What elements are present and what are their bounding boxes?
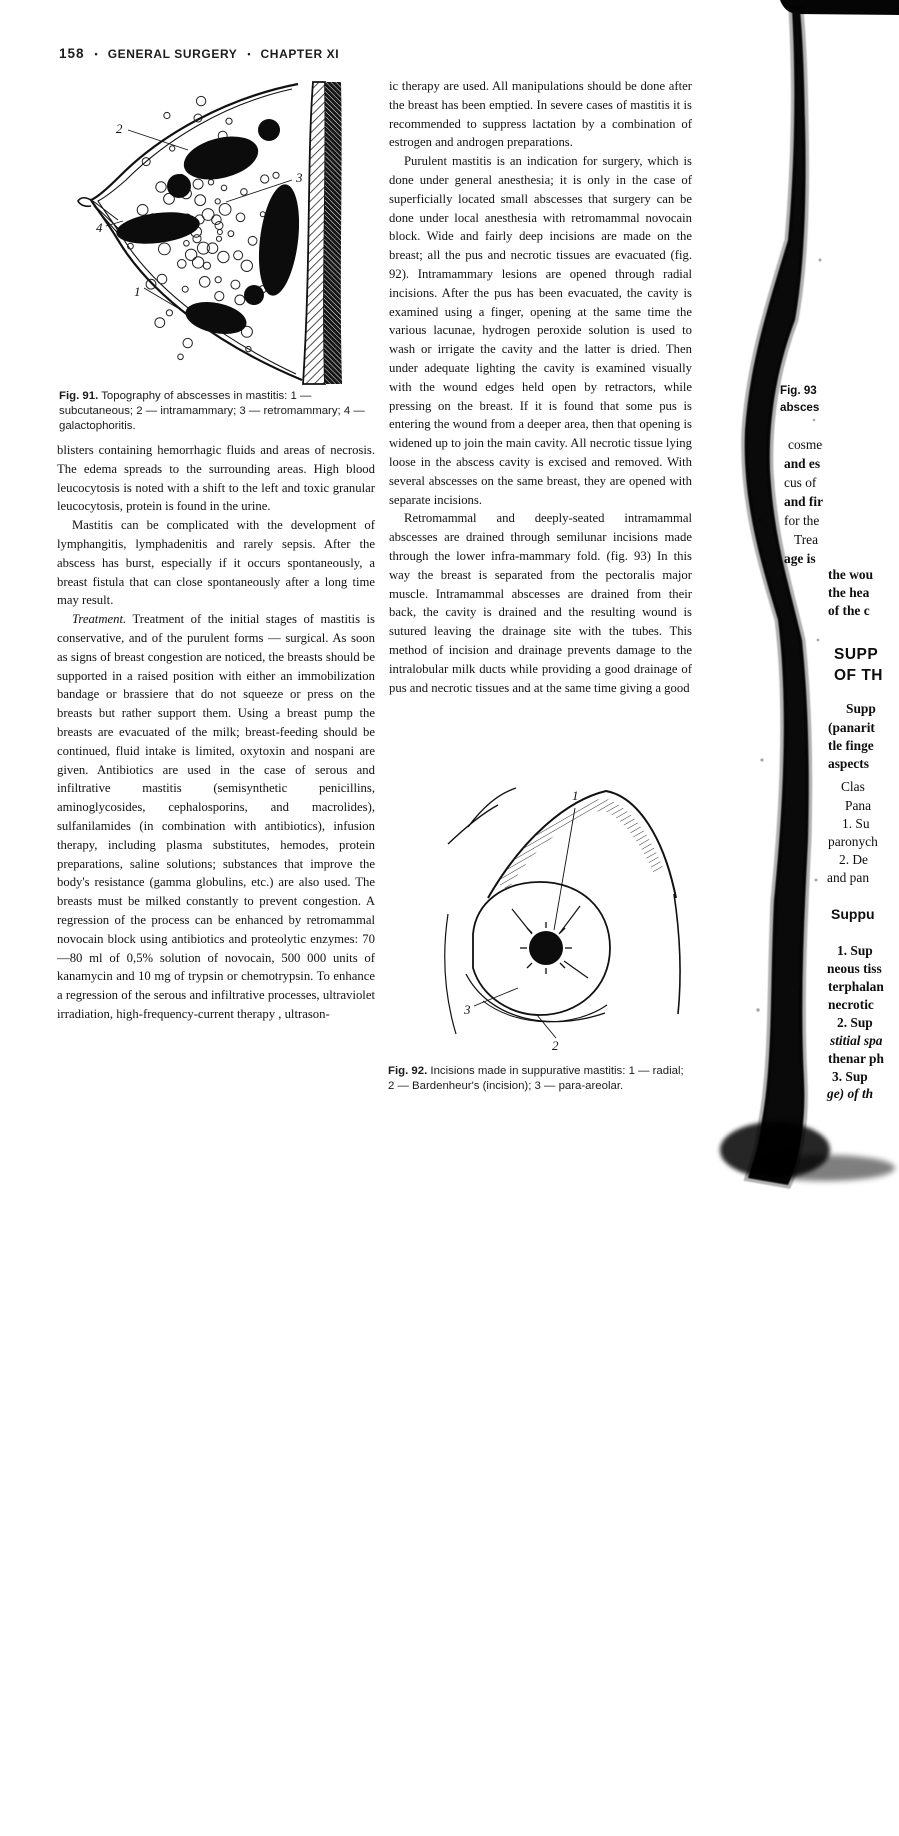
paragraph: ic therapy are used. All manipulations s…: [389, 77, 692, 152]
chest-side-contour: [445, 914, 456, 1034]
fig91-caption: Fig. 91. Topography of abscesses in mast…: [59, 389, 381, 435]
bullet-separator: •: [247, 49, 250, 59]
paragraph: Mastitis can be complicated with the dev…: [57, 516, 375, 610]
fig92-label-1: 1: [572, 788, 579, 803]
chest-wall-dark-texture: [324, 82, 342, 384]
fig92-caption-text: Incisions made in suppurative mastitis: …: [388, 1065, 684, 1092]
chest-wall-hatch: [303, 82, 325, 384]
chapter-label: CHAPTER XI: [261, 47, 340, 61]
binding-gutter-shadow: [700, 0, 899, 1200]
fig91-caption-lead: Fig. 91.: [59, 390, 98, 402]
fig91-label-1: 1: [134, 284, 141, 299]
right-text-column: ic therapy are used. All manipulations s…: [389, 77, 692, 697]
scanned-book-page: 158 • GENERAL SURGERY • CHAPTER XI: [0, 0, 899, 1836]
areola: [529, 931, 563, 965]
paragraph: Treatment. Treatment of the initial stag…: [57, 610, 375, 1024]
bottom-scan-smear: [755, 1155, 895, 1181]
left-text-column: blisters containing hemorrhagic fluids a…: [57, 441, 375, 1024]
page-number: 158: [59, 46, 85, 61]
fig91-caption-text: Topography of abscesses in mastitis: 1 —…: [59, 390, 365, 432]
fig91-label-2: 2: [116, 121, 123, 136]
paragraph: Purulent mastitis is an indication for s…: [389, 152, 692, 509]
arm-contour: [674, 894, 680, 1014]
abscess-blobs: [114, 119, 304, 339]
leader-lines: [474, 808, 575, 1038]
fig91-label-4: 4: [96, 220, 103, 235]
book-title: GENERAL SURGERY: [108, 47, 238, 61]
fig92-illustration: 1 3 2: [428, 782, 694, 1062]
running-head: 158 • GENERAL SURGERY • CHAPTER XI: [59, 46, 339, 61]
paragraph: Retromammal and deeply-seated intramamma…: [389, 509, 692, 697]
treatment-lead: Treatment.: [72, 612, 126, 626]
neck-lines: [448, 788, 516, 844]
gutter-strip: [745, 10, 809, 1185]
fig91-label-3: 3: [295, 170, 303, 185]
fig92-caption: Fig. 92. Incisions made in suppurative m…: [388, 1064, 692, 1094]
paragraph: blisters containing hemorrhagic fluids a…: [57, 441, 375, 516]
bullet-separator: •: [95, 49, 98, 59]
fig91-illustration: 2 3 4 1: [66, 80, 378, 386]
fig92-caption-lead: Fig. 92.: [388, 1065, 427, 1077]
fig92-label-2: 2: [552, 1038, 559, 1053]
paragraph-text: Treatment of the initial stages of masti…: [57, 612, 375, 1021]
fig92-label-3: 3: [463, 1002, 471, 1017]
nipple-outline: [78, 198, 91, 206]
